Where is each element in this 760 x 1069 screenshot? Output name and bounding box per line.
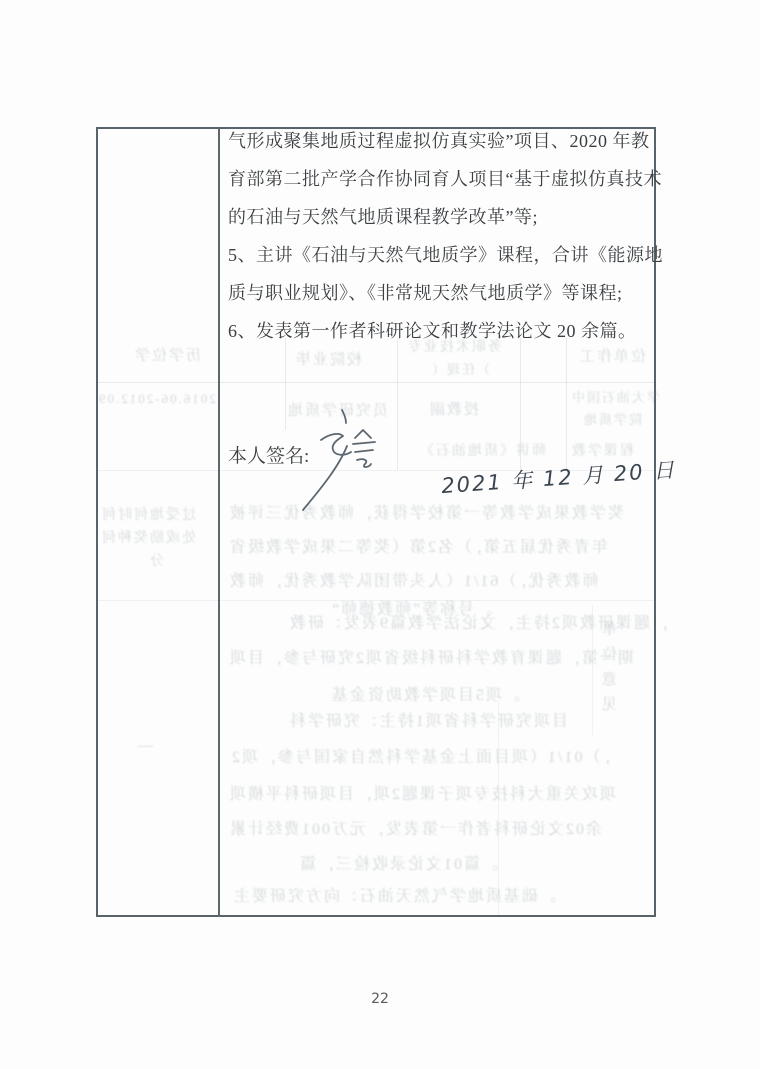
table-column-divider xyxy=(218,127,220,917)
achievement-line: 5、主讲《石油与天然气地质学》课程，合讲《能源地 xyxy=(228,236,656,274)
achievement-line: 育部第二批产学合作协同育人项目“基于虚拟仿真技术 xyxy=(228,160,656,198)
achievement-line: 质与职业规划》、《非常规天然气地质学》等课程; xyxy=(228,274,656,312)
handwritten-signature xyxy=(295,398,390,518)
achievement-line: 气形成聚集地质过程虚拟仿真实验”项目、2020 年教 xyxy=(228,122,656,160)
achievement-line: 的石油与天然气地质课程教学改革”等; xyxy=(228,198,656,236)
achievement-line: 6、发表第一作者科研论文和教学法论文 20 余篇。 xyxy=(228,312,656,350)
achievements-text-block: 气形成聚集地质过程虚拟仿真实验”项目、2020 年教 育部第二批产学合作协同育人… xyxy=(228,122,656,350)
page-number: 22 xyxy=(0,991,760,1007)
scanned-document-page: 历学位学 校院业毕 务职术技业专 ）任现（ 位单作工 2016.06-2012.… xyxy=(0,0,760,1069)
